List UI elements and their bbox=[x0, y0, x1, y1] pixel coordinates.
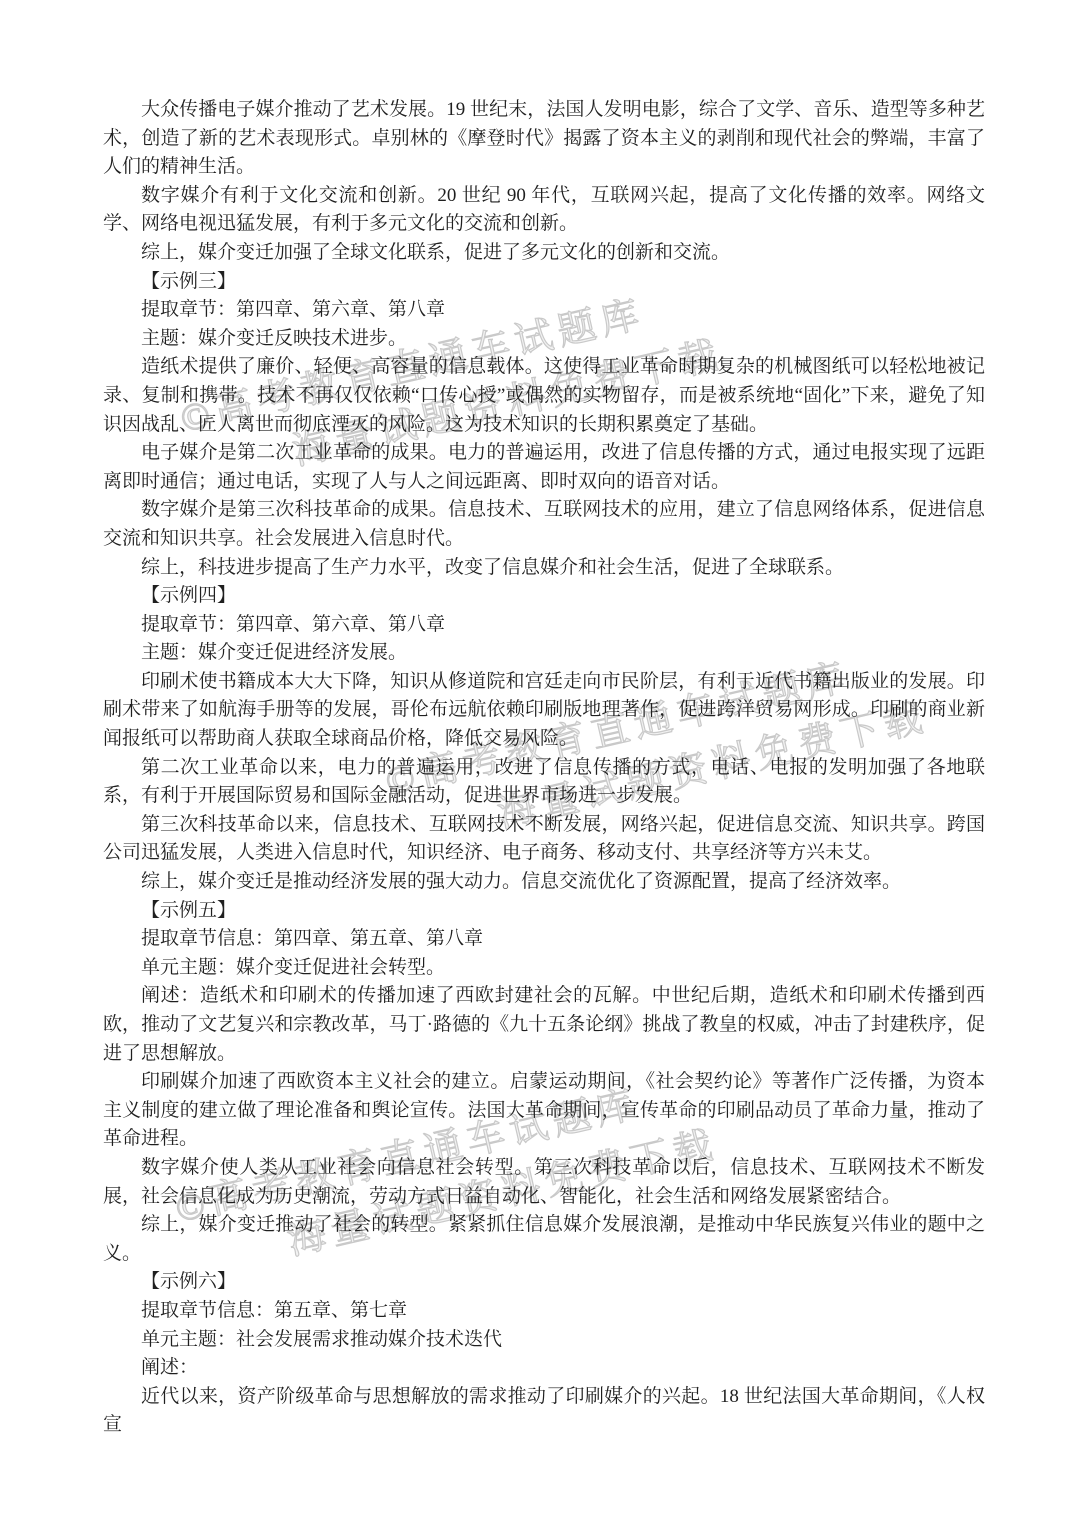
paragraph: 【示例五】 bbox=[103, 897, 985, 926]
paragraph: 【示例三】 bbox=[103, 268, 985, 297]
paragraph: 第二次工业革命以来，电力的普遍运用，改进了信息传播的方式，电话、电报的发明加强了… bbox=[103, 754, 985, 811]
paragraph: 数字媒介是第三次科技革命的成果。信息技术、互联网技术的应用，建立了信息网络体系，… bbox=[103, 496, 985, 553]
paragraph: 数字媒介使人类从工业社会向信息社会转型。第三次科技革命以后，信息技术、互联网技术… bbox=[103, 1154, 985, 1211]
paragraph: 综上，媒介变迁是推动经济发展的强大动力。信息交流优化了资源配置，提高了经济效率。 bbox=[103, 868, 985, 897]
paragraph: 单元主题：媒介变迁促进社会转型。 bbox=[103, 954, 985, 983]
paragraph: 【示例四】 bbox=[103, 582, 985, 611]
paragraph: 主题：媒介变迁促进经济发展。 bbox=[103, 639, 985, 668]
paragraph: 近代以来，资产阶级革命与思想解放的需求推动了印刷媒介的兴起。18 世纪法国大革命… bbox=[103, 1383, 985, 1440]
paragraph: 大众传播电子媒介推动了艺术发展。19 世纪末，法国人发明电影，综合了文学、音乐、… bbox=[103, 96, 985, 182]
paragraph: 数字媒介有利于文化交流和创新。20 世纪 90 年代，互联网兴起，提高了文化传播… bbox=[103, 182, 985, 239]
paragraph: 综上，科技进步提高了生产力水平，改变了信息媒介和社会生活，促进了全球联系。 bbox=[103, 554, 985, 583]
paragraph: 综上，媒介变迁加强了全球文化联系，促进了多元文化的创新和交流。 bbox=[103, 239, 985, 268]
paragraph: 单元主题：社会发展需求推动媒介技术迭代 bbox=[103, 1326, 985, 1355]
paragraph: 造纸术提供了廉价、轻便、高容量的信息载体。这使得工业革命时期复杂的机械图纸可以轻… bbox=[103, 353, 985, 439]
paragraph: 提取章节信息：第四章、第五章、第八章 bbox=[103, 925, 985, 954]
paragraph: 阐述： bbox=[103, 1354, 985, 1383]
paragraph: 阐述：造纸术和印刷术的传播加速了西欧封建社会的瓦解。中世纪后期，造纸术和印刷术传… bbox=[103, 982, 985, 1068]
document-body: 大众传播电子媒介推动了艺术发展。19 世纪末，法国人发明电影，综合了文学、音乐、… bbox=[103, 96, 985, 1440]
paragraph: 【示例六】 bbox=[103, 1268, 985, 1297]
paragraph: 主题：媒介变迁反映技术进步。 bbox=[103, 325, 985, 354]
document-page: ©高考教育直通车试题库 海量试题资料免费下载 ©高考教育直通车试题库 海量试题资… bbox=[0, 0, 1080, 1527]
paragraph: 提取章节信息：第五章、第七章 bbox=[103, 1297, 985, 1326]
paragraph: 印刷媒介加速了西欧资本主义社会的建立。启蒙运动期间，《社会契约论》等著作广泛传播… bbox=[103, 1068, 985, 1154]
paragraph: 提取章节：第四章、第六章、第八章 bbox=[103, 611, 985, 640]
paragraph: 印刷术使书籍成本大大下降，知识从修道院和宫廷走向市民阶层，有利于近代书籍出版业的… bbox=[103, 668, 985, 754]
paragraph: 综上，媒介变迁推动了社会的转型。紧紧抓住信息媒介发展浪潮，是推动中华民族复兴伟业… bbox=[103, 1211, 985, 1268]
paragraph: 第三次科技革命以来，信息技术、互联网技术不断发展，网络兴起，促进信息交流、知识共… bbox=[103, 811, 985, 868]
paragraph: 提取章节：第四章、第六章、第八章 bbox=[103, 296, 985, 325]
paragraph: 电子媒介是第二次工业革命的成果。电力的普遍运用，改进了信息传播的方式，通过电报实… bbox=[103, 439, 985, 496]
